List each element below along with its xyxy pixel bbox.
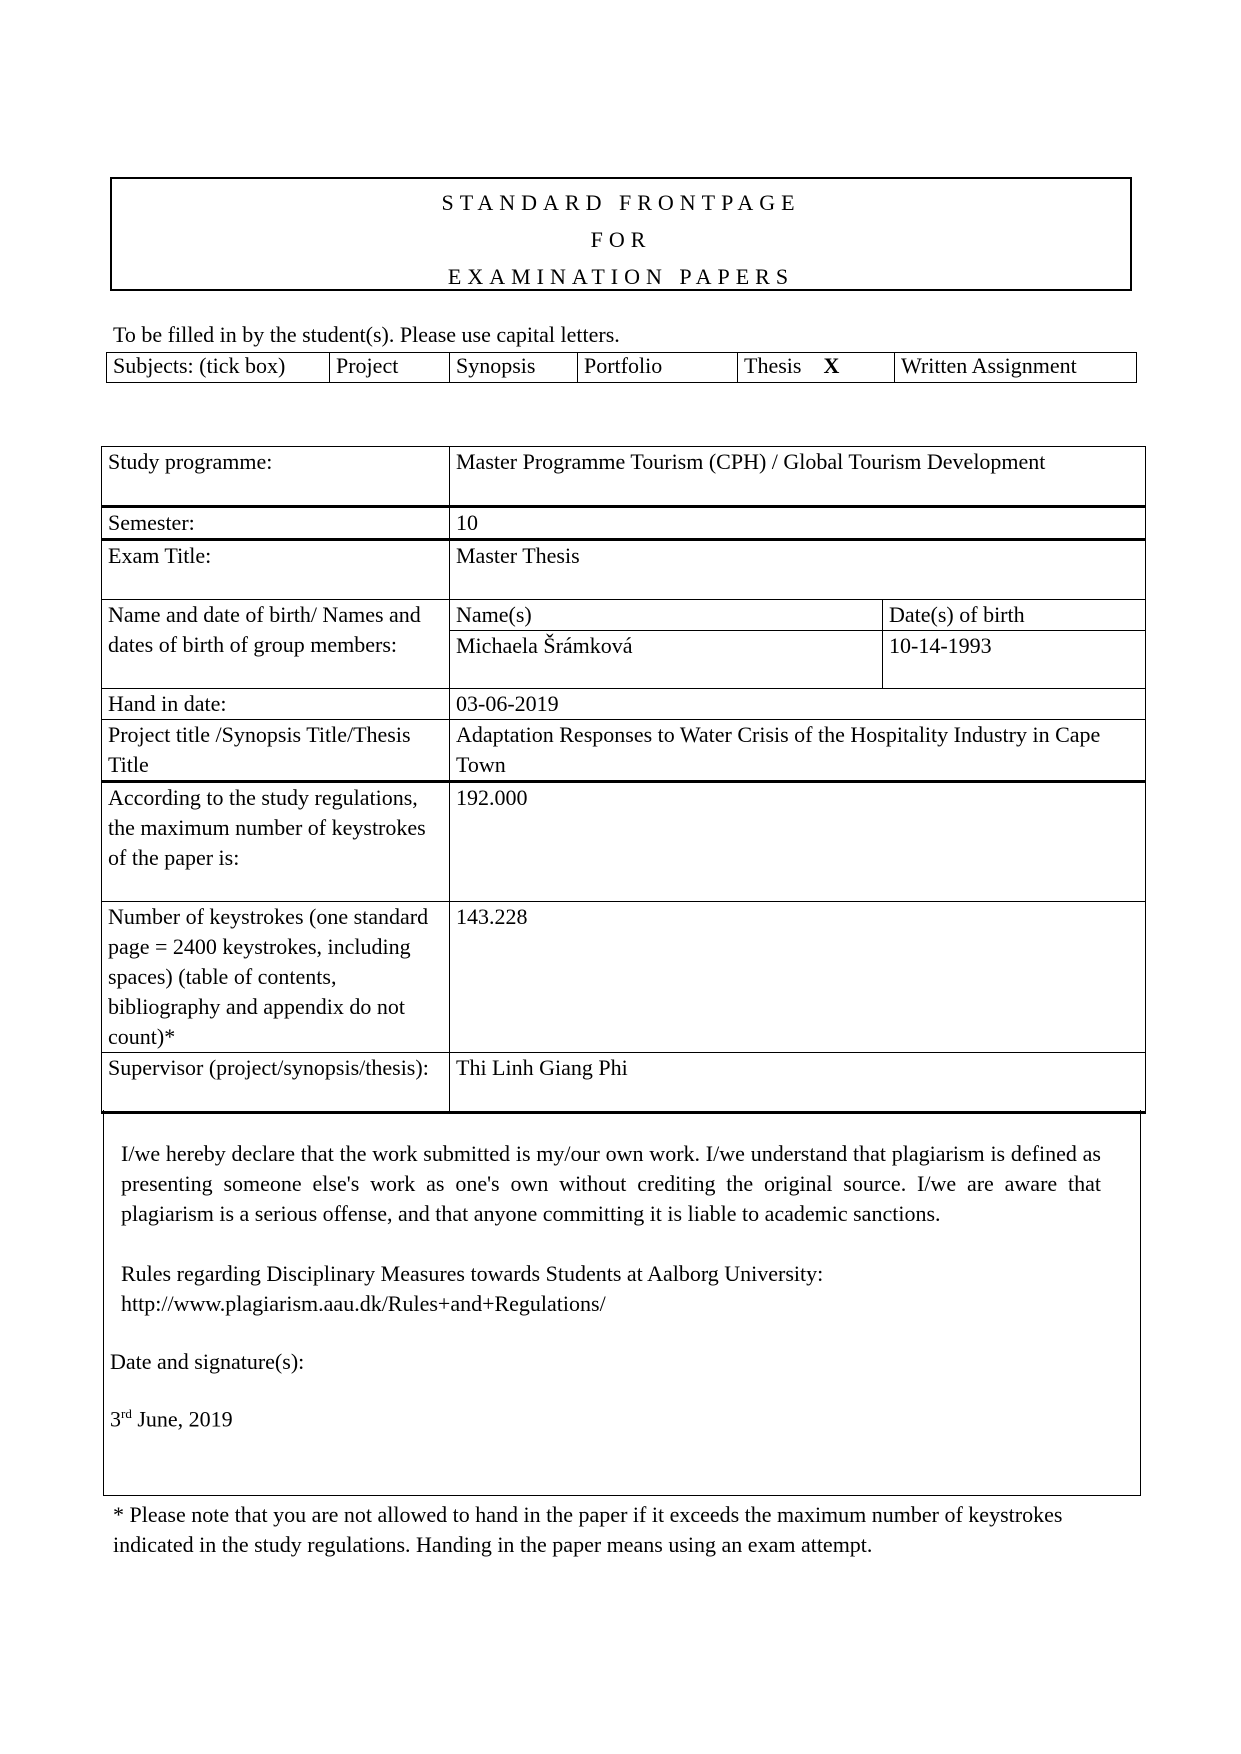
exam-title-label: Exam Title: [102,540,450,600]
dob-col-header: Date(s) of birth [883,600,1146,631]
student-name: Michaela Šrámková [450,631,883,689]
signature-ordinal: rd [121,1406,132,1421]
rules-url[interactable]: http://www.plagiarism.aau.dk/Rules+and+R… [121,1289,823,1319]
subjects-label: Subjects: (tick box) [107,353,330,383]
supervisor-value: Thi Linh Giang Phi [450,1053,1146,1113]
rules-block: Rules regarding Disciplinary Measures to… [121,1259,823,1319]
num-keystrokes-label: Number of keystrokes (one standard page … [102,902,450,1053]
student-dob: 10-14-1993 [883,631,1146,689]
names-label: Name and date of birth/ Names and dates … [102,600,450,689]
max-keystrokes-value: 192.000 [450,782,1146,902]
supervisor-label: Supervisor (project/synopsis/thesis): [102,1053,450,1113]
subject-thesis[interactable]: ThesisX [738,353,895,383]
footnote: * Please note that you are not allowed t… [113,1500,1113,1560]
thesis-tick-mark: X [823,353,839,378]
subjects-table: Subjects: (tick box) Project Synopsis Po… [106,352,1137,383]
signature-label: Date and signature(s): [110,1349,304,1375]
subject-portfolio[interactable]: Portfolio [578,353,738,383]
semester-value: 10 [450,507,1146,540]
hand-in-value: 03-06-2019 [450,689,1146,720]
declaration-text: I/we hereby declare that the work submit… [121,1139,1101,1229]
title-line-1: STANDARD FRONTPAGE [112,184,1130,221]
signature-month-year: June, 2019 [132,1406,233,1431]
subject-synopsis[interactable]: Synopsis [450,353,578,383]
title-line-2: FOR [112,221,1130,258]
names-col-header: Name(s) [450,600,883,631]
subject-project[interactable]: Project [330,353,450,383]
max-keystrokes-label: According to the study regulations, the … [102,782,450,902]
project-title-value: Adaptation Responses to Water Crisis of … [450,720,1146,782]
signature-date: 3rd June, 2019 [110,1406,233,1432]
title-box: STANDARD FRONTPAGE FOR EXAMINATION PAPER… [110,177,1132,291]
title-line-3: EXAMINATION PAPERS [112,258,1130,295]
declaration-paragraph: I/we hereby declare that the work submit… [121,1139,1101,1229]
hand-in-label: Hand in date: [102,689,450,720]
exam-title-value: Master Thesis [450,540,1146,600]
subject-thesis-label: Thesis [744,353,801,378]
info-table: Study programme: Master Programme Touris… [101,446,1146,1114]
study-programme-label: Study programme: [102,447,450,507]
study-programme-value: Master Programme Tourism (CPH) / Global … [450,447,1146,507]
semester-label: Semester: [102,507,450,540]
rules-line: Rules regarding Disciplinary Measures to… [121,1259,823,1289]
signature-day: 3 [110,1406,121,1431]
num-keystrokes-value: 143.228 [450,902,1146,1053]
subject-written-assignment[interactable]: Written Assignment [895,353,1137,383]
project-title-label: Project title /Synopsis Title/Thesis Tit… [102,720,450,782]
instruction-text: To be filled in by the student(s). Pleas… [113,322,620,348]
